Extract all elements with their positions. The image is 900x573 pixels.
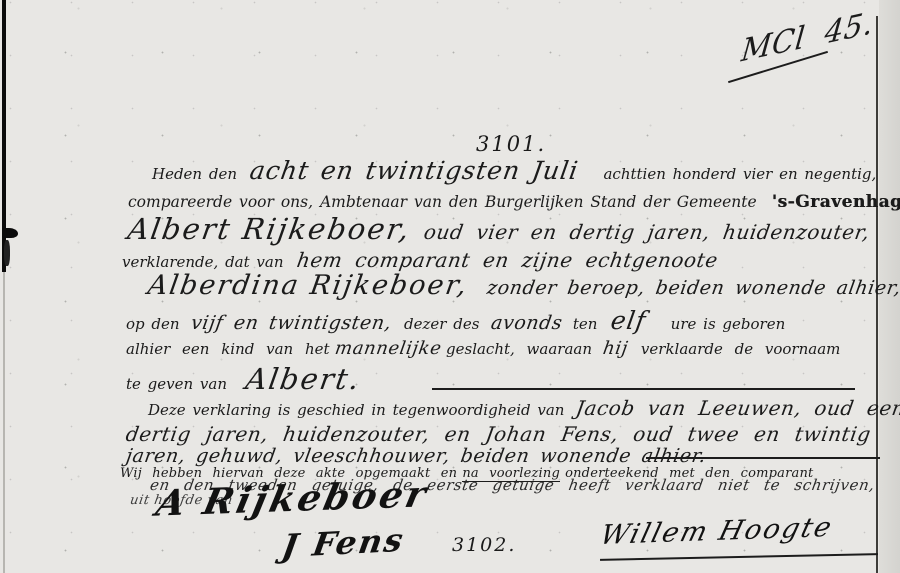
scanned-birth-certificate: MCl 45. 3101. Heden den acht en twintigs… <box>0 0 900 573</box>
declarant-details: oud vier en dertig jaren, huidenzouter, <box>422 222 871 243</box>
handwritten-date: acht en twintigsten Juli <box>248 158 580 184</box>
handwritten-text: hij <box>602 340 630 359</box>
line-birth-time: op den vijf en twintigsten, dezer des av… <box>126 308 785 334</box>
line-registrar: compareerde voor ons, Ambtenaar van den … <box>128 194 900 212</box>
printed-text: alhier een kind van het <box>126 340 330 358</box>
witness-rule <box>646 457 880 459</box>
child-name: Albert. <box>244 364 364 394</box>
ink-blot-tail <box>4 240 10 266</box>
printed-text: geslacht, waaraan <box>446 340 592 358</box>
line-date: Heden den acht en twintigsten Juli achtt… <box>152 158 876 184</box>
ink-blot <box>2 228 18 238</box>
printed-text: dezer des <box>404 315 479 333</box>
municipality-name: 's-Gravenhage, <box>772 192 900 212</box>
left-binding-edge-faint <box>3 272 5 573</box>
line-mother: Alberdina Rijkeboer, zonder beroep, beid… <box>148 272 900 300</box>
signature-official: Willem Hoogte <box>597 512 836 551</box>
printed-text: te geven van <box>126 375 227 393</box>
printed-text: ten <box>573 315 598 333</box>
mother-name: Alberdina Rijkeboer, <box>146 272 471 300</box>
handwritten-text: hem comparant en zijne echtgenoote <box>295 250 719 271</box>
line-witnesses-intro: Deze verklaring is geschied in tegenwoor… <box>148 398 900 419</box>
printed-year: achttien honderd vier en negentig, <box>603 165 876 183</box>
mother-details: zonder beroep, beiden wonende alhier, <box>486 279 900 299</box>
printed-text: Heden den <box>152 165 237 183</box>
act-number-bottom: 3102. <box>452 536 516 556</box>
line-child-sex: alhier een kind van het mannelijke gesla… <box>126 340 840 359</box>
archival-mark-text: MCl 45. <box>740 7 875 68</box>
printed-text: Deze verklaring is geschied in tegenwoor… <box>148 401 564 419</box>
handwritten-hour: elf <box>608 308 647 334</box>
declarant-name: Albert Rijkeboer, <box>126 214 413 244</box>
handwritten-sex: mannelijke <box>333 340 442 359</box>
printed-text: compareerde voor ons, Ambtenaar van den … <box>128 193 757 211</box>
line-child-name: te geven van Albert. <box>126 364 361 394</box>
printed-text: op den <box>126 315 180 333</box>
line-witnesses-2: dertig jaren, huidenzouter, en Johan Fen… <box>126 424 871 445</box>
printed-text: ure is geboren <box>671 315 786 333</box>
handwritten-day: vijf en twintigsten, <box>189 314 392 334</box>
child-name-rule <box>432 388 855 390</box>
signature-declarant: A Rijkeboer <box>152 473 432 524</box>
line-declaration: verklarende, dat van hem comparant en zi… <box>122 250 717 271</box>
line-declarant: Albert Rijkeboer, oud vier en dertig jar… <box>128 214 869 244</box>
witness1-name: Jacob van Leeuwen, oud een en <box>574 398 900 419</box>
printed-text: verklaarde de voornaam <box>641 340 840 358</box>
handwritten-daypart: avonds <box>489 314 563 334</box>
printed-text: verklarende, dat van <box>122 253 284 271</box>
official-signature-underline <box>600 553 878 561</box>
signature-witness: J Fens <box>279 521 407 565</box>
witness-details: dertig jaren, huidenzouter, en Johan Fen… <box>124 424 872 445</box>
act-number-top: 3101. <box>476 133 546 155</box>
